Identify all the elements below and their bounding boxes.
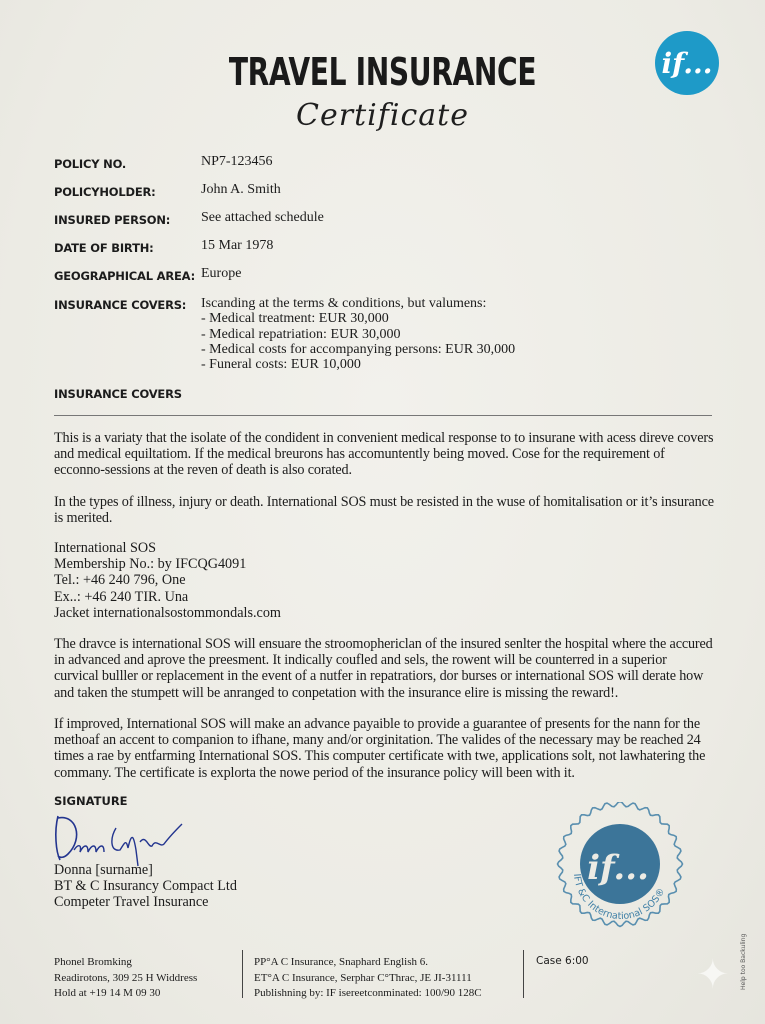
footer-divider (523, 950, 524, 998)
contact-web: Jacket internationalsostommondals.com (54, 605, 281, 621)
paragraph-2: In the types of illness, injury or death… (54, 494, 714, 526)
signer-product: Competer Travel Insurance (54, 894, 237, 910)
footer-line: PP°A C Insurance, Snaphard English 6. (254, 955, 482, 971)
cover-item: - Medical treatment: EUR 30,000 (201, 311, 515, 326)
insured-person-label: INSURED PERSON: (54, 213, 170, 227)
vertical-note: Help too Backuling (740, 934, 747, 990)
signer-name: Donna [surname] (54, 862, 237, 878)
paragraph-3: The dravce is international SOS will ens… (54, 636, 714, 701)
case-label: Case 6:00 (536, 955, 589, 967)
cover-item: - Funeral costs: EUR 10,000 (201, 357, 515, 372)
footer-line: Publishning by: IF isereetconminated: 10… (254, 986, 482, 1002)
sparkle-icon: ✦ (696, 955, 730, 995)
contact-block: International SOS Membership No.: by IFC… (54, 540, 281, 621)
paragraph-4: If improved, International SOS will make… (54, 716, 714, 781)
certificate-page: TRAVEL INSURANCE Certificate if... POLIC… (0, 0, 765, 1024)
covers-list: Iscanding at the terms & conditions, but… (201, 296, 515, 372)
if-logo-icon: if... (655, 31, 719, 95)
logo-text: if... (662, 47, 713, 80)
geographical-area-label: GEOGRAPHICAL AREA: (54, 269, 195, 283)
policyholder-value: John A. Smith (201, 182, 281, 198)
insurance-covers-label: INSURANCE COVERS: (54, 298, 186, 312)
footer-line: Phonel Bromking (54, 955, 197, 971)
policy-number-label: POLICY NO. (54, 157, 126, 171)
insured-person-value: See attached schedule (201, 210, 324, 226)
handwritten-signature (50, 808, 190, 868)
document-title: TRAVEL INSURANCE (99, 50, 665, 94)
contact-tel: Tel.: +46 240 796, One (54, 572, 281, 588)
date-of-birth-label: DATE OF BIRTH: (54, 241, 154, 255)
date-of-birth-value: 15 Mar 1978 (201, 238, 273, 254)
footer-address: Phonel Bromking Readirotons, 309 25 H Wi… (54, 955, 197, 1002)
footer-publisher: PP°A C Insurance, Snaphard English 6. ET… (254, 955, 482, 1002)
footer-divider (242, 950, 243, 998)
contact-ext: Ex..: +46 240 TIR. Una (54, 589, 281, 605)
policyholder-label: POLICYHOLDER: (54, 185, 156, 199)
stamp-center-text: if... (587, 848, 649, 888)
policy-number-value: NP7-123456 (201, 154, 273, 170)
signer-company: BT & C Insurancy Compact Ltd (54, 878, 237, 894)
section-heading: INSURANCE COVERS (54, 387, 182, 401)
signature-heading: SIGNATURE (54, 794, 128, 808)
signer-block: Donna [surname] BT & C Insurancy Compact… (54, 862, 237, 911)
footer-line: Readirotons, 309 25 H Widdress (54, 971, 197, 987)
contact-membership: Membership No.: by IFCQG4091 (54, 556, 281, 572)
company-stamp-icon: if... IFT &C International SOS® (552, 802, 688, 930)
covers-intro: Iscanding at the terms & conditions, but… (201, 296, 515, 311)
footer-line: Hold at +19 14 M 09 30 (54, 986, 197, 1002)
paragraph-1: This is a variaty that the isolate of th… (54, 430, 714, 479)
geographical-area-value: Europe (201, 266, 241, 282)
cover-item: - Medical costs for accompanying persons… (201, 342, 515, 357)
contact-org: International SOS (54, 540, 281, 556)
footer-line: ET°A C Insurance, Serphar C°Thrac, JE JI… (254, 971, 482, 987)
divider (54, 415, 712, 416)
document-subtitle: Certificate (0, 96, 765, 136)
cover-item: - Medical repatriation: EUR 30,000 (201, 327, 515, 342)
